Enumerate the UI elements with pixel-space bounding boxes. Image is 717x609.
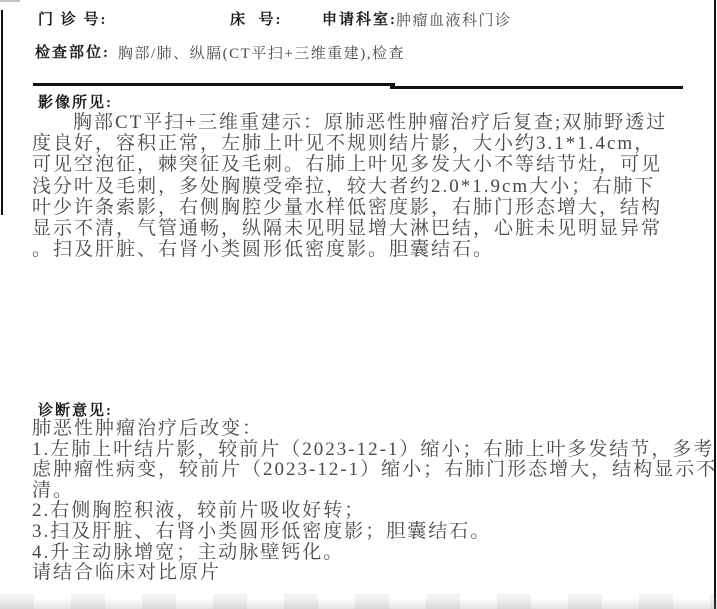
- findings-line: 。扫及肝脏、右肾小类圆形低密度影。胆囊结石。: [32, 239, 702, 260]
- scanned-report-page: 门 诊 号: 床 号: 申请科室: 肿瘤血液科门诊 检查部位: 胸部/肺、纵膈(…: [0, 0, 717, 609]
- diagnosis-paragraph: 肺恶性肿瘤治疗后改变： 1.左肺上叶结片影，较前片（2023-12-1）缩小；右…: [32, 419, 717, 584]
- outpatient-number-label: 门 诊 号:: [38, 8, 108, 29]
- diagnosis-line: 3.扫及肝脏、右肾小类圆形低密度影；胆囊结石。: [32, 522, 717, 543]
- findings-line: 浅分叶及毛刺，多处胸膜受牵拉，较大者约2.0*1.9cm大小；右肺下: [32, 176, 702, 197]
- diagnosis-line: 1.左肺上叶结片影，较前片（2023-12-1）缩小；右肺上叶多发结节，多考: [32, 440, 717, 461]
- request-department-label: 申请科室:: [322, 8, 397, 29]
- findings-section-label: 影像所见:: [38, 91, 113, 112]
- findings-line: 度良好，容积正常，左肺上叶见不规则结片影，大小约3.1*1.4cm，: [32, 133, 702, 154]
- findings-line: 胸部CT平扫+三维重建示：原肺恶性肿瘤治疗后复查;双肺野透过: [32, 112, 702, 133]
- section-divider-rule-left: [33, 83, 395, 86]
- findings-line: 叶少许条索影，右侧胸腔少量水样低密度影，右肺门形态增大，结构: [32, 197, 702, 218]
- exam-site-value: 胸部/肺、纵膈(CT平扫+三维重建),检查: [118, 42, 405, 63]
- bed-number-label: 床 号:: [230, 8, 283, 29]
- findings-line: 可见空泡征，棘突征及毛刺。右肺上叶见多发大小不等结节灶，可见: [32, 154, 702, 175]
- exam-site-label: 检查部位:: [35, 41, 110, 62]
- diagnosis-line: 2.右侧胸腔积液，较前片吸收好转；: [32, 501, 717, 522]
- diagnosis-line: 4.升主动脉增宽；主动脉壁钙化。: [32, 543, 717, 564]
- section-divider-rule-right: [390, 86, 683, 89]
- diagnosis-line: 肺恶性肿瘤治疗后改变：: [32, 419, 717, 440]
- diagnosis-section-label: 诊断意见:: [38, 399, 113, 420]
- findings-line: 显示不清，气管通畅，纵隔未见明显增大淋巴结，心脏未见明显异常: [32, 218, 702, 239]
- findings-paragraph: 胸部CT平扫+三维重建示：原肺恶性肿瘤治疗后复查;双肺野透过 度良好，容积正常，…: [32, 112, 702, 260]
- left-border-line: [1, 10, 3, 215]
- diagnosis-line: 请结合临床对比原片: [32, 563, 717, 584]
- scan-artifact-bottom-band: [0, 594, 717, 609]
- scan-artifact-top-dash: [0, 0, 20, 2]
- diagnosis-line: 虑肿瘤性病变，较前片（2023-12-1）缩小；右肺门形态增大，结构显示不: [32, 460, 717, 481]
- diagnosis-line: 清。: [32, 481, 717, 502]
- request-department-value: 肿瘤血液科门诊: [396, 9, 512, 30]
